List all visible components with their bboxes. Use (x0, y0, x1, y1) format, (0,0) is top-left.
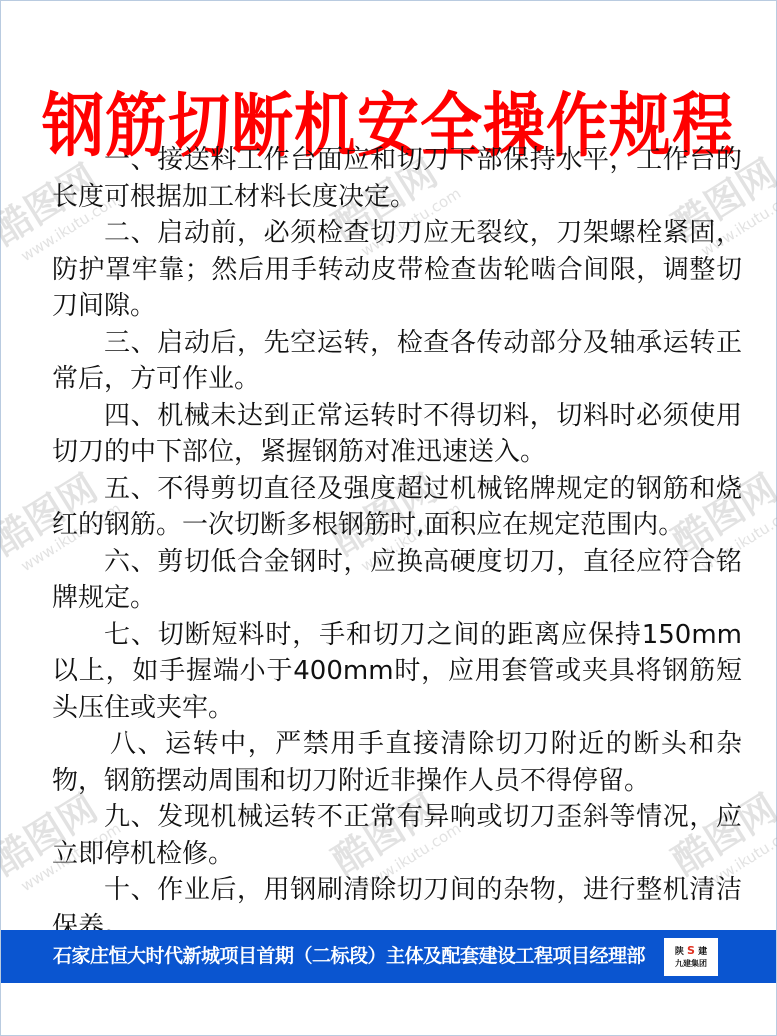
rule-item: 九、发现机械运转不正常有异响或切刀歪斜等情况，应立即停机检修。 (52, 799, 742, 872)
footer-band: 石家庄恒大时代新城项目首期（二标段）主体及配套建设工程项目经理部 陕 S 建 九… (1, 930, 776, 983)
rule-item: 七、切断短料时，手和切刀之间的距离应保持150mm以上，如手握端小于400mm时… (52, 617, 742, 727)
footer-organization: 石家庄恒大时代新城项目首期（二标段）主体及配套建设工程项目经理部 (53, 930, 645, 983)
rule-item: 四、机械未达到正常运转时不得切料，切料时必须使用切刀的中下部位，紧握钢筋对准迅速… (52, 398, 742, 471)
logo-company-name: 九建集团 (664, 958, 718, 969)
rule-item: 五、不得剪切直径及强度超过机械铭牌规定的钢筋和烧红的钢筋。一次切断多根钢筋时,面… (52, 471, 742, 544)
rule-item: 八、运转中，严禁用手直接清除切刀附近的断头和杂物，钢筋摆动周围和切刀附近非操作人… (52, 726, 742, 799)
rule-item: 一、接送料工作台面应和切刀下部保持水平，工作台的长度可根据加工材料长度决定。 (52, 142, 742, 215)
rule-item: 六、剪切低合金钢时，应换高硬度切刀，直径应符合铭牌规定。 (52, 544, 742, 617)
rule-item: 三、启动后，先空运转，检查各传动部分及轴承运转正常后，方可作业。 (52, 325, 742, 398)
logo-char-right: 建 (698, 947, 707, 957)
logo-s-mark-icon: S (687, 944, 695, 957)
rules-list: 一、接送料工作台面应和切刀下部保持水平，工作台的长度可根据加工材料长度决定。 二… (52, 142, 742, 945)
logo-char-left: 陕 (675, 947, 684, 957)
company-logo: 陕 S 建 九建集团 (664, 938, 718, 976)
rule-item: 二、启动前，必须检查切刀应无裂纹，刀架螺栓紧固，防护罩牢靠；然后用手转动皮带检查… (52, 215, 742, 325)
